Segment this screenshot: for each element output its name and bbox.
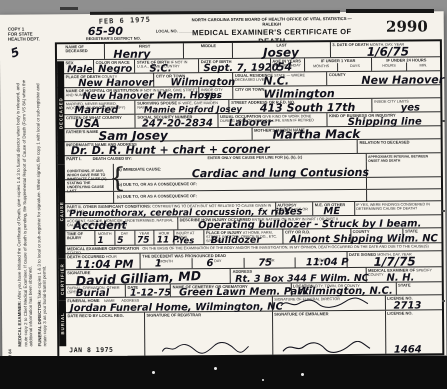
field-sex: SEXMale xyxy=(64,60,94,73)
field-value: S.C. xyxy=(149,63,171,74)
field-label: NAME OF DECEASED xyxy=(65,44,103,53)
scan-speck xyxy=(214,367,217,370)
field-embalmer-signature: SIGNATURE OF EMBALMER xyxy=(273,311,386,355)
field-color-or-race: COLOR OR RACENegro xyxy=(94,60,135,73)
scan-edge-dash xyxy=(442,210,445,212)
field-value: New Hanover Mem. Hosp. xyxy=(82,90,220,102)
subfield-day: DAY6 xyxy=(191,258,243,268)
section-tab-label: CERTIFIER xyxy=(60,263,65,295)
field-value: Wilmington, N.C. xyxy=(297,286,392,298)
field-cemetery-location: LOCATION CITY, TOWN, OR COUNTYWilmington… xyxy=(291,283,396,296)
scan-speck xyxy=(301,373,304,376)
field-label: DATE SIGNED xyxy=(349,251,376,256)
field-value: Yes xyxy=(284,206,303,217)
section-tab-cause: CAUSE xyxy=(58,164,66,258)
field-label: TIME OF INJURY xyxy=(67,232,94,241)
field-value: Yes xyxy=(178,236,194,246)
subfield-year: YEAR75 xyxy=(134,231,154,245)
me-instruction-title: MEDICAL EXAMINER: xyxy=(17,301,22,347)
section-tab-certifier: CERTIFIER xyxy=(59,258,66,300)
field-value: 11 P. xyxy=(157,235,180,245)
field-ssn: SOCIAL SECURITY NUMBER247-20-2834 xyxy=(136,114,219,128)
field-autopsy-by: M.E. OR OTHERME xyxy=(313,202,354,215)
scan-smudge-bar xyxy=(346,9,434,13)
field-me-address: ADDRESSRt. 3 Box 344 F Wilm. NC xyxy=(231,268,366,283)
scan-speck xyxy=(152,371,155,374)
subfield-day: DAY5 xyxy=(114,231,134,245)
field-street-address: STREET ADDRESS OR R.F.D. NO.413 South 17… xyxy=(230,99,373,113)
handwritten-mark: 5 xyxy=(9,45,21,61)
scan-speck xyxy=(262,379,264,381)
field-value: Accident xyxy=(73,219,127,232)
field-date-received: DATE REC'D BY LOCAL REG.JAN 8 1975 xyxy=(66,313,145,357)
subfield-month: MONTH1 xyxy=(141,258,192,268)
date-received-stamp: JAN 8 1975 xyxy=(69,346,113,354)
subfield-hours: HOURS xyxy=(372,63,405,71)
conditions-column xyxy=(65,192,114,204)
field-value: N. H. xyxy=(386,273,414,284)
field-value: 1-12-75 xyxy=(130,287,171,298)
section-tab-label: BURIAL xyxy=(60,312,65,334)
field-value: 75 xyxy=(137,236,150,246)
field-value: New Hanover xyxy=(361,73,444,87)
field-value: Pneumothorax, cerebral concussion, fx ri… xyxy=(69,207,290,219)
field-middle-name: MIDDLE xyxy=(184,43,233,58)
subfield-hour: HOUR11 P. xyxy=(154,230,174,244)
field-value: Laborer xyxy=(229,118,273,129)
cause-of-death-section: CONDITIONS, IF ANY, WHICH GAVE RISE TO I… xyxy=(58,153,441,204)
copy-note-line: HEALTH DEPT. xyxy=(8,37,40,42)
scan-edge-dash xyxy=(442,120,445,122)
field-marital-status: MARRIED, NEVER MARRIED, WIDOWED, DIVORCE… xyxy=(64,101,136,115)
immediate-cause-field: (a) IMMEDIATE CAUSE:Cardiac and lung Con… xyxy=(114,162,366,179)
field-value: Rt. 3 Box 344 F Wilm. NC xyxy=(235,273,369,285)
subfield-year: YEAR75 xyxy=(243,257,295,267)
field-value: 1/6/75 xyxy=(367,45,409,59)
field-value: Married xyxy=(74,105,118,116)
field-date-of-death: 3. DATE OF DEATH MONTH, DAY, YEAR1/6/75 xyxy=(331,41,440,57)
field-value: 11:04 PM xyxy=(76,258,134,271)
field-value: Wilmington xyxy=(263,87,334,101)
field-disposition-date: DATE1-12-75 xyxy=(126,284,171,296)
field-mother-maiden-name: MOTHER'S MAIDEN NAMEMartha Mack xyxy=(253,126,441,139)
subcolumns: MONTH1 DAY6 YEAR75 HOUR11:04 P xyxy=(141,257,347,269)
field-sublabel: HOURS xyxy=(372,63,405,68)
subfield-min: MIN. xyxy=(406,62,440,70)
field-value: Sept. 7, 1920 xyxy=(203,63,278,75)
subfield-month: MONTH1 xyxy=(95,231,114,245)
field-pronounced-dead: THE DECEDENT WAS PRONOUNCED DEAD MONTH1 … xyxy=(141,252,348,269)
field-other-significant-conditions: PART II. OTHER SIGNIFICANT CONDITIONS: C… xyxy=(65,203,276,218)
field-value: Operating bulldozer - Struck by I beam. xyxy=(198,218,421,231)
field-value: Josey xyxy=(263,45,299,59)
medical-examiner-instruction: MEDICAL EXAMINER: After you have initiat… xyxy=(15,76,34,346)
interval-column xyxy=(366,177,441,189)
field-injury-at-work: INJURY AT WORKYes xyxy=(174,230,204,244)
field-hospital-inside-city-limits: INSIDE CITY LIMITSyes xyxy=(200,87,234,99)
field-residence-city: CITY OR TOWNWilmington xyxy=(233,85,440,99)
field-value: 1 xyxy=(155,258,162,269)
field-value: Martha Mack xyxy=(273,127,361,142)
field-label: PART I. xyxy=(66,157,90,161)
registrar-district-value: 65-90 xyxy=(88,25,123,38)
field-value: ME xyxy=(323,206,340,217)
field-label: MIDDLE xyxy=(186,43,231,48)
field-value: Jordan Funeral Home, Wilmington, NC xyxy=(70,302,283,315)
subcolumns: MONTHS DAYS xyxy=(305,63,372,72)
field-value: Almont Shipping Wilm. NC xyxy=(289,233,437,245)
form-title-line1: NORTH CAROLINA STATE BOARD OF HEALTH OFF… xyxy=(183,16,361,27)
field-sublabel: DAYS xyxy=(339,63,372,68)
field-registrar-signature: SIGNATURE OF REGISTRAR xyxy=(145,312,273,356)
field-value: Mamie Pigford Josey xyxy=(144,105,242,116)
field-death-occurred-hour: DEATH OCCURRED HOUR11:04 PM xyxy=(66,254,141,270)
field-value: 1464 xyxy=(394,344,422,355)
field-value: 1/7/75 xyxy=(374,254,416,268)
field-time-of-injury-label: TIME OF INJURY xyxy=(65,231,95,245)
death-certificate-scan: { "colors": {"paper":"#f5f2eb","ink":"#1… xyxy=(0,0,447,389)
field-label: RELATION TO DECEASED xyxy=(359,140,439,145)
field-hospital: NAME OF HOSPITAL OR INSTITUTION IF NOT I… xyxy=(64,87,199,100)
field-state-of-birth: STATE OF BIRTH IF NOT IN U.S.A., NAME CO… xyxy=(135,59,199,73)
subfield-months: MONTHS xyxy=(305,63,338,71)
field-value: 5 xyxy=(117,236,123,246)
scan-edge-dash xyxy=(442,300,445,302)
row-registrar: DATE REC'D BY LOCAL REG.JAN 8 1975 SIGNA… xyxy=(59,310,442,356)
field-value: 1 xyxy=(97,236,103,246)
subfield-hour: HOUR11:04 P xyxy=(295,257,347,267)
scan-bottom-band xyxy=(0,356,447,389)
field-label: (b) DUE TO, OR AS A CONSEQUENCE OF: xyxy=(117,181,197,187)
field-value: 54 xyxy=(277,60,292,73)
field-sublabel: DAY xyxy=(192,258,243,263)
funeral-director-signature xyxy=(277,297,372,310)
field-last-name: LASTJosey xyxy=(233,42,331,58)
field-value: Negro xyxy=(98,64,132,75)
field-if-under-24-hours: IF UNDER 24 HOURS HOURS MIN. xyxy=(372,57,440,71)
field-date-signed: DATE SIGNED MONTH, DAY, YEAR1/7/75 xyxy=(348,251,442,267)
section-tab-deceased: DECEASED xyxy=(57,61,65,164)
field-value: New Hanover xyxy=(78,78,153,90)
field-value: 413 South 17th xyxy=(260,101,356,115)
subcolumns: HOURS MIN. xyxy=(372,62,440,71)
field-value: yes xyxy=(205,91,222,101)
field-label: IF YES, WERE FINDINGS CONSIDERED IN DETE… xyxy=(356,202,430,211)
interval-column xyxy=(366,189,441,202)
field-value: Male xyxy=(67,64,93,75)
field-injury-city: CITY OR R.D.Almont Shipping Wilm. NC xyxy=(283,229,351,244)
subcolumns: MONTH1 DAY5 YEAR75 HOUR11 P. xyxy=(95,230,173,245)
field-value: Wilmington xyxy=(170,77,235,89)
field-residence-county: COUNTYNew Hanover xyxy=(327,71,440,85)
field-place-of-death-city: CITY OR TOWNWilmington xyxy=(154,73,233,87)
section-tab-burial: BURIAL xyxy=(59,300,66,346)
field-value: N.C. xyxy=(263,74,289,87)
field-value: Dr. D. R. Hunt + chart + coroner xyxy=(71,143,270,158)
brace-glyph: { xyxy=(109,165,126,192)
scan-smudge xyxy=(60,7,78,10)
field-surviving-spouse: SURVIVING SPOUSE IF WIFE, GIVE MAIDEN NA… xyxy=(136,100,230,114)
copy-note: COPY 1 FOR STATE HEALTH DEPT. xyxy=(8,26,40,42)
field-value: Green Lawn Mem. Park xyxy=(179,286,309,298)
row-pronounced-dead: DEATH OCCURRED HOUR11:04 PM THE DECEDENT… xyxy=(59,251,442,270)
row-name: NAME OF DECEASED FIRSTHenry MIDDLE LASTJ… xyxy=(57,41,440,60)
field-medical-examiner-of: MEDICAL EXAMINER OF SPECIFY COUNTYN. H. xyxy=(366,267,441,282)
field-value: Bulldozer xyxy=(211,235,262,246)
field-embalmer-license: LICENSE NO.1464 xyxy=(386,310,443,353)
part1-label-cell: PART I. xyxy=(65,156,91,164)
certificate-grid: DECEASED CAUSE CERTIFIER BURIAL NAME OF … xyxy=(55,39,444,358)
registrar-signature xyxy=(149,342,261,355)
field-cemetery: NAME OF CEMETERY OR CREMATORYGreen Lawn … xyxy=(171,283,291,296)
certificate-paper: COPY 1 FOR STATE HEALTH DEPT. 5 FEB 6 19… xyxy=(0,11,446,358)
field-cemetery-state: STATE xyxy=(397,282,442,294)
field-relation-to-deceased: RELATION TO DECEASED xyxy=(358,139,441,153)
field-sublabel: ADDRESS xyxy=(121,298,139,302)
section-tab-label: CAUSE xyxy=(59,201,64,221)
field-funeral-director-signature: SIGNATURE OF FUNERAL DIRECTOR xyxy=(273,296,386,311)
field-manner-of-death: ACCIDENT, SUICIDE, HOMICIDE, UNDETERMINE… xyxy=(65,217,178,230)
field-label: 3. DATE OF DEATH xyxy=(332,41,368,46)
field-fd-license: LICENSE NO.2713 xyxy=(385,295,441,309)
field-sublabel: MIN. xyxy=(407,63,440,68)
field-value: Burial xyxy=(76,288,109,299)
field-if-under-1-year: IF UNDER 1 YEAR MONTHS DAYS xyxy=(305,58,373,72)
field-value: 2713 xyxy=(394,300,422,311)
field-sublabel: MONTH xyxy=(141,259,192,264)
field-value: yes xyxy=(401,102,420,113)
section-tab-label: DECEASED xyxy=(58,97,63,129)
field-residence-state: USUAL RESIDENCE STATE — WHERE DECEASED L… xyxy=(233,72,327,86)
field-sublabel: NAME xyxy=(104,298,115,302)
field-sublabel: MONTHS xyxy=(305,64,338,69)
field-value: USA xyxy=(74,117,99,130)
field-me-signature: SIGNATUREDavid Gilliam, MD xyxy=(66,269,232,284)
field-first-name: FIRSTHenry xyxy=(105,43,184,59)
subfield-days: DAYS xyxy=(337,63,371,71)
field-citizen-of: CITIZEN OF WHAT COUNTRYUSA xyxy=(64,115,136,129)
field-findings-considered: IF YES, WERE FINDINGS CONSIDERED IN DETE… xyxy=(355,201,442,215)
embalmer-signature xyxy=(277,341,375,354)
field-place-of-death-county: PLACE OF DEATH COUNTYNew Hanover xyxy=(64,74,154,88)
field-value: 75 xyxy=(258,258,272,269)
certification-label: MEDICAL EXAMINER CERTIFICATION xyxy=(67,245,139,251)
field-label: SIGNATURE OF EMBALMER xyxy=(274,311,383,316)
interval-column xyxy=(366,161,441,177)
certificate-number: 2990 xyxy=(386,17,428,35)
conditions-note: CONDITIONS, IF ANY, WHICH GAVE RISE TO I… xyxy=(67,169,109,193)
margin-instructions: MEDICAL EXAMINER: After you have initiat… xyxy=(15,76,61,346)
field-label: (c) DUE TO, OR AS A CONSEQUENCE OF: xyxy=(117,193,197,199)
field-address-inside-city-limits: INSIDE CITY LIMITSyes xyxy=(373,98,441,112)
field-date-of-birth: DATE OF BIRTHSept. 7, 1920 xyxy=(199,59,271,73)
field-place-of-injury: PLACE OF INJURY AT HOME, FARM, STREET, F… xyxy=(204,230,283,245)
field-value: 11:04 P xyxy=(306,257,349,268)
field-usual-occupation: USUAL OCCUPATION GIVE KIND OF WORK DONE … xyxy=(219,113,328,127)
field-value: Sam Josey xyxy=(99,128,168,143)
field-value: 6 xyxy=(206,258,213,269)
field-kind-of-business: KIND OF BUSINESS OR INDUSTRYShipping lin… xyxy=(328,112,441,126)
field-value: Henry xyxy=(113,48,150,61)
funeral-director-instruction: FUNERAL DIRECTOR: Take copies 1 & 3 to l… xyxy=(35,76,48,346)
field-time-of-injury: MONTH1 DAY5 YEAR75 HOUR11 P. xyxy=(95,230,174,245)
field-name-of-deceased: NAME OF DECEASED xyxy=(64,44,105,59)
field-value: Cardiac and lung Contusions xyxy=(192,166,369,180)
